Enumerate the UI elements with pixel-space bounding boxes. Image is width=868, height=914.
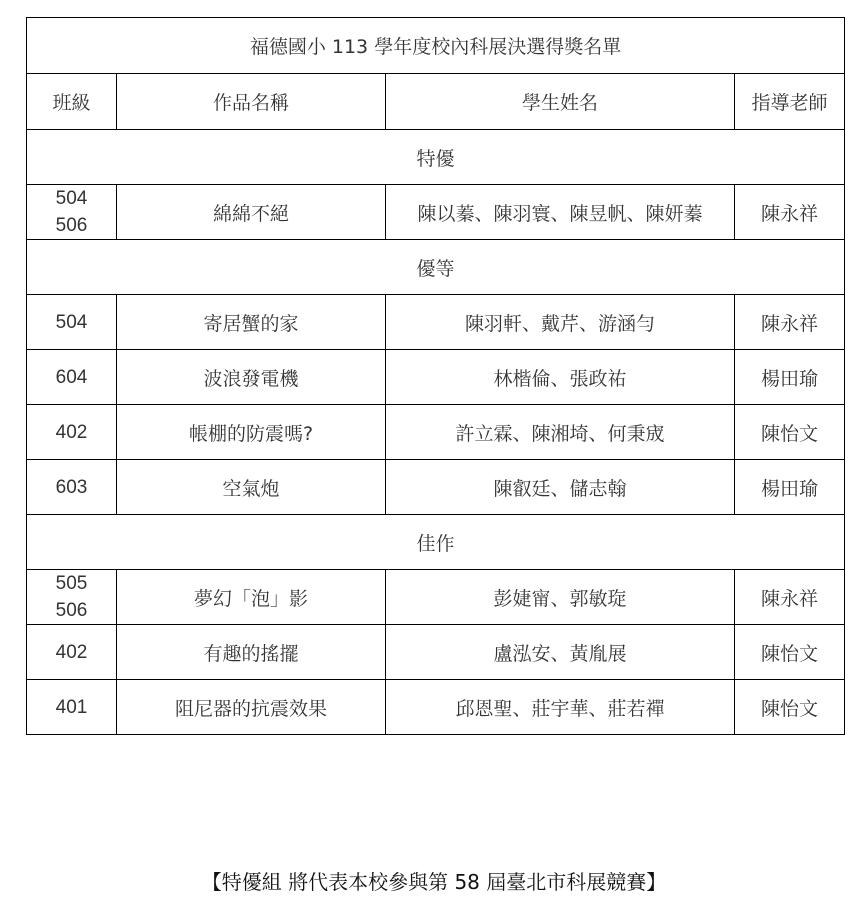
awards-table: 福德國小 113 學年度校內科展決選得獎名單 班級 作品名稱 學生姓名 指導老師…: [26, 17, 845, 735]
table-title: 福德國小 113 學年度校內科展決選得獎名單: [27, 18, 845, 74]
students-cell: 林楷倫、張政祐: [386, 350, 735, 405]
class-cell: 402: [27, 405, 117, 460]
table-row: 504 寄居蟹的家 陳羽軒、戴芹、游涵勻 陳永祥: [27, 295, 845, 350]
class-cell: 504 506: [27, 185, 117, 240]
class-number: 506: [27, 212, 116, 239]
teacher-cell: 楊田瑜: [735, 350, 845, 405]
work-cell: 有趣的搖擺: [117, 625, 386, 680]
work-cell: 波浪發電機: [117, 350, 386, 405]
teacher-cell: 楊田瑜: [735, 460, 845, 515]
students-cell: 陳叡廷、儲志翰: [386, 460, 735, 515]
work-cell: 綿綿不絕: [117, 185, 386, 240]
work-cell: 寄居蟹的家: [117, 295, 386, 350]
teacher-cell: 陳怡文: [735, 405, 845, 460]
teacher-cell: 陳永祥: [735, 185, 845, 240]
title-row: 福德國小 113 學年度校內科展決選得獎名單: [27, 18, 845, 74]
category-label: 特優: [27, 130, 845, 185]
table-row: 603 空氣炮 陳叡廷、儲志翰 楊田瑜: [27, 460, 845, 515]
teacher-cell: 陳怡文: [735, 625, 845, 680]
header-teacher: 指導老師: [735, 74, 845, 130]
class-cell: 603: [27, 460, 117, 515]
class-cell: 505 506: [27, 570, 117, 625]
work-cell: 阻尼器的抗震效果: [117, 680, 386, 735]
class-cell: 604: [27, 350, 117, 405]
table-row: 504 506 綿綿不絕 陳以蓁、陳羽寰、陳昱帆、陳妍蓁 陳永祥: [27, 185, 845, 240]
footer-note: 【特優組 將代表本校參與第 58 屆臺北市科展競賽】: [0, 866, 868, 895]
teacher-cell: 陳永祥: [735, 295, 845, 350]
header-students: 學生姓名: [386, 74, 735, 130]
students-cell: 陳羽軒、戴芹、游涵勻: [386, 295, 735, 350]
teacher-cell: 陳怡文: [735, 680, 845, 735]
class-number: 504: [27, 185, 116, 212]
table-row: 402 帳棚的防震嗎? 許立霖、陳湘埼、何秉宬 陳怡文: [27, 405, 845, 460]
work-cell: 空氣炮: [117, 460, 386, 515]
class-cell: 504: [27, 295, 117, 350]
students-cell: 陳以蓁、陳羽寰、陳昱帆、陳妍蓁: [386, 185, 735, 240]
header-row: 班級 作品名稱 學生姓名 指導老師: [27, 74, 845, 130]
table-row: 402 有趣的搖擺 盧泓安、黃胤展 陳怡文: [27, 625, 845, 680]
category-label: 優等: [27, 240, 845, 295]
students-cell: 許立霖、陳湘埼、何秉宬: [386, 405, 735, 460]
teacher-cell: 陳永祥: [735, 570, 845, 625]
class-number: 506: [27, 597, 116, 624]
header-class: 班級: [27, 74, 117, 130]
students-cell: 彭婕甯、郭敏琁: [386, 570, 735, 625]
class-cell: 401: [27, 680, 117, 735]
category-row-honorable: 佳作: [27, 515, 845, 570]
work-cell: 夢幻「泡」影: [117, 570, 386, 625]
table-row: 401 阻尼器的抗震效果 邱恩聖、莊宇華、莊若禪 陳怡文: [27, 680, 845, 735]
work-cell: 帳棚的防震嗎?: [117, 405, 386, 460]
class-number: 505: [27, 570, 116, 597]
category-row-special: 特優: [27, 130, 845, 185]
category-row-excellent: 優等: [27, 240, 845, 295]
header-work: 作品名稱: [117, 74, 386, 130]
table-row: 604 波浪發電機 林楷倫、張政祐 楊田瑜: [27, 350, 845, 405]
class-cell: 402: [27, 625, 117, 680]
category-label: 佳作: [27, 515, 845, 570]
table-row: 505 506 夢幻「泡」影 彭婕甯、郭敏琁 陳永祥: [27, 570, 845, 625]
students-cell: 邱恩聖、莊宇華、莊若禪: [386, 680, 735, 735]
students-cell: 盧泓安、黃胤展: [386, 625, 735, 680]
